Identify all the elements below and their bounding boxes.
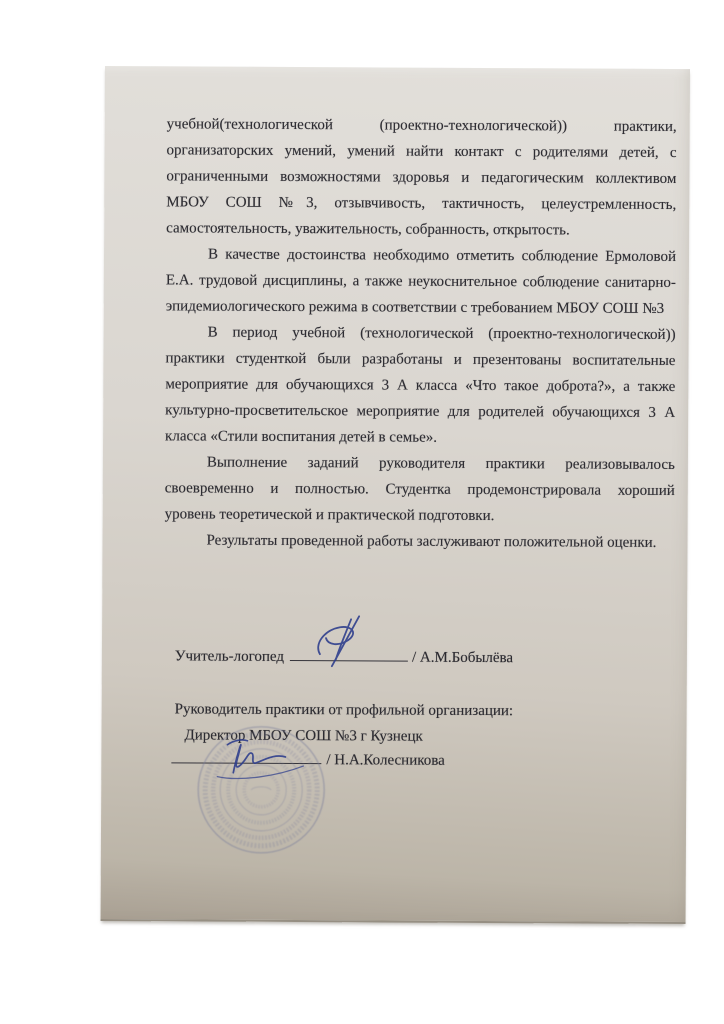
document-line: эпидемиологического режима в соответстви… (166, 293, 676, 322)
document-line: класса «Стили воспитания детей в семье». (165, 423, 675, 452)
document-line: практики студенткой были разработаны и п… (165, 345, 675, 374)
teacher-role-label: Учитель-логопед (175, 645, 284, 668)
practice-head-title: Руководитель практики от профильной орга… (175, 698, 514, 722)
director-name: / Н.А.Колесникова (326, 749, 445, 772)
document-line: мероприятие для обучающихся 3 А класса «… (165, 371, 675, 400)
document-line: В период учебной (технологической (проек… (166, 319, 676, 348)
document-line: уровень теоретической и практической под… (165, 501, 675, 530)
document-line: учебной(технологической (проектно-технол… (167, 111, 677, 140)
page-background: { "document": { "lines": [ "учебной(техн… (0, 0, 724, 1024)
document-line: В качестве достоинства необходимо отмети… (166, 241, 676, 270)
teacher-signature (304, 614, 388, 670)
document-line: Е.А. трудовой дисциплины, а также неукос… (166, 267, 676, 296)
document-body-text: учебной(технологической (проектно-технол… (102, 66, 690, 556)
document-line: своевременно и полностью. Студентка прод… (165, 475, 675, 504)
document-line: организаторских умений, умений найти кон… (166, 137, 676, 166)
document-page: учебной(технологической (проектно-технол… (101, 66, 690, 924)
teacher-signature-row: Учитель-логопед / А.М.Бобылёва (175, 643, 513, 669)
teacher-signature-line (290, 644, 408, 662)
document-line: МБОУ СОШ №3, отзывчивость, тактичность, … (166, 189, 676, 218)
document-line: культурно-просветительское мероприятие д… (165, 397, 675, 426)
teacher-name: / А.М.Бобылёва (412, 647, 513, 670)
director-signature (209, 733, 313, 786)
document-line: самостоятельность, уважительность, собра… (166, 215, 676, 244)
document-line: Выполнение заданий руководителя практики… (165, 449, 675, 478)
document-line: ограниченными возможностями здоровья и п… (166, 163, 676, 192)
document-line: Результаты проведенной работы заслуживаю… (164, 527, 674, 556)
